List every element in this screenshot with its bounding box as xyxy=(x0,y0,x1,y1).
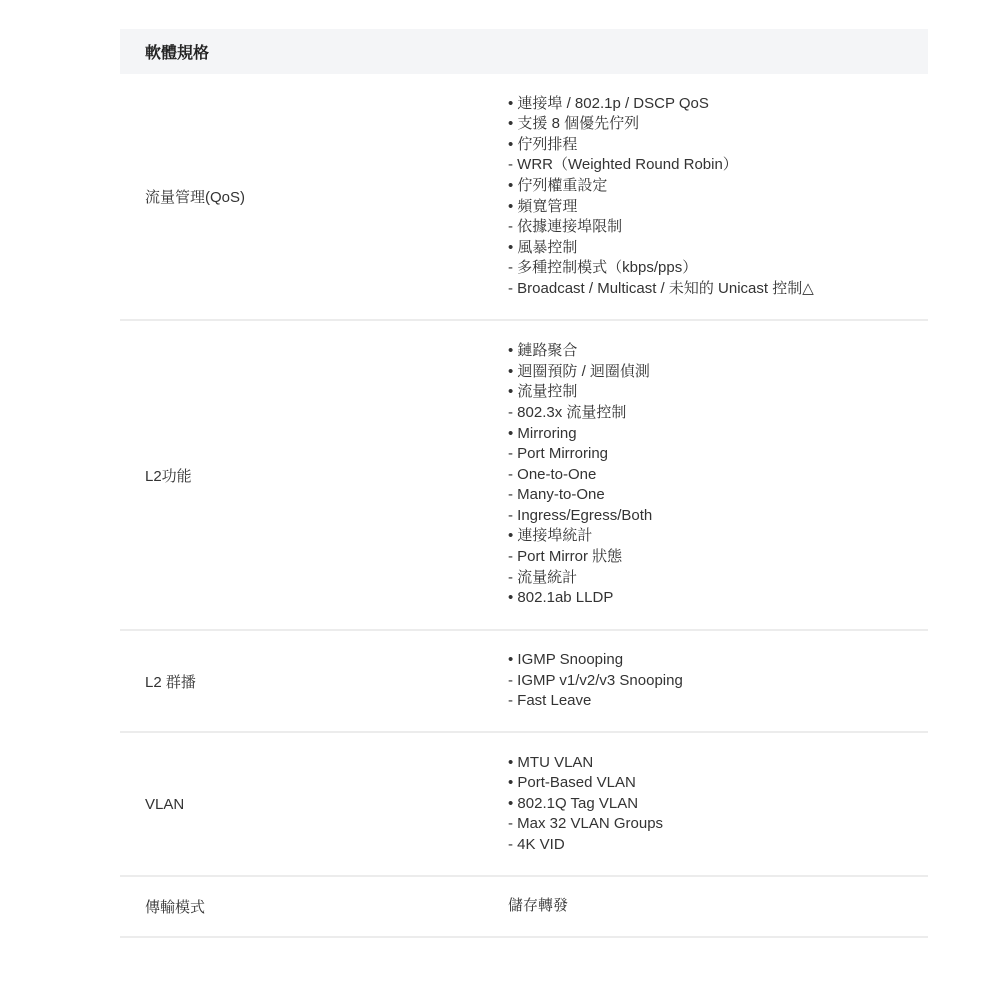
spec-line: - Max 32 VLAN Groups xyxy=(508,814,928,835)
spec-line: - 4K VID xyxy=(508,835,928,856)
spec-line: - IGMP v1/v2/v3 Snooping xyxy=(508,671,928,692)
spec-line: • Port-Based VLAN xyxy=(508,773,928,794)
spec-line: • 佇列權重設定 xyxy=(508,176,928,197)
spec-value: • 連接埠 / 802.1p / DSCP QoS • 支援 8 個優先佇列 •… xyxy=(508,94,928,300)
spec-line: 儲存轉發 xyxy=(508,896,928,917)
spec-line: - Port Mirror 狀態 xyxy=(508,547,928,568)
spec-line: • 連接埠統計 xyxy=(508,526,928,547)
spec-value: • MTU VLAN • Port-Based VLAN • 802.1Q Ta… xyxy=(508,753,928,856)
spec-value: 儲存轉發 xyxy=(508,896,928,917)
spec-row-transfer-mode: 傳輸模式 儲存轉發 xyxy=(120,877,928,938)
spec-line: • IGMP Snooping xyxy=(508,650,928,671)
spec-row-l2-multicast: L2 群播 • IGMP Snooping - IGMP v1/v2/v3 Sn… xyxy=(120,631,928,733)
spec-line: • Mirroring xyxy=(508,424,928,445)
spec-row-l2-features: L2功能 • 鏈路聚合 • 迴圈預防 / 迴圈偵測 • 流量控制 - 802.3… xyxy=(120,321,928,631)
spec-label: 流量管理(QoS) xyxy=(120,186,508,207)
spec-line: - Broadcast / Multicast / 未知的 Unicast 控制… xyxy=(508,279,928,300)
spec-line: • 佇列排程 xyxy=(508,135,928,156)
spec-line: • 連接埠 / 802.1p / DSCP QoS xyxy=(508,94,928,115)
software-spec-table: 軟體規格 流量管理(QoS) • 連接埠 / 802.1p / DSCP QoS… xyxy=(120,29,928,938)
spec-line: - One-to-One xyxy=(508,465,928,486)
spec-table-title: 軟體規格 xyxy=(145,40,209,63)
spec-line: - WRR（Weighted Round Robin） xyxy=(508,155,928,176)
spec-line: - Many-to-One xyxy=(508,485,928,506)
spec-label: L2功能 xyxy=(120,465,508,486)
spec-line: • 風暴控制 xyxy=(508,238,928,259)
spec-line: - 多種控制模式（kbps/pps） xyxy=(508,258,928,279)
spec-line: - 依據連接埠限制 xyxy=(508,217,928,238)
spec-value: • 鏈路聚合 • 迴圈預防 / 迴圈偵測 • 流量控制 - 802.3x 流量控… xyxy=(508,341,928,609)
spec-line: - 802.3x 流量控制 xyxy=(508,403,928,424)
spec-line: • 802.1Q Tag VLAN xyxy=(508,794,928,815)
spec-label: 傳輸模式 xyxy=(120,896,508,917)
spec-line: - Ingress/Egress/Both xyxy=(508,506,928,527)
spec-line: - Port Mirroring xyxy=(508,444,928,465)
spec-line: - 流量統計 xyxy=(508,568,928,589)
spec-line: • 802.1ab LLDP xyxy=(508,588,928,609)
spec-value: • IGMP Snooping - IGMP v1/v2/v3 Snooping… xyxy=(508,650,928,712)
spec-line: • 支援 8 個優先佇列 xyxy=(508,114,928,135)
spec-row-qos: 流量管理(QoS) • 連接埠 / 802.1p / DSCP QoS • 支援… xyxy=(120,74,928,321)
spec-line: • 頻寬管理 xyxy=(508,197,928,218)
spec-label: L2 群播 xyxy=(120,671,508,692)
spec-line: - Fast Leave xyxy=(508,691,928,712)
spec-line: • 迴圈預防 / 迴圈偵測 xyxy=(508,362,928,383)
spec-line: • MTU VLAN xyxy=(508,753,928,774)
spec-row-vlan: VLAN • MTU VLAN • Port-Based VLAN • 802.… xyxy=(120,733,928,877)
spec-line: • 鏈路聚合 xyxy=(508,341,928,362)
spec-label: VLAN xyxy=(120,796,508,813)
spec-table-header: 軟體規格 xyxy=(120,29,928,74)
spec-line: • 流量控制 xyxy=(508,382,928,403)
